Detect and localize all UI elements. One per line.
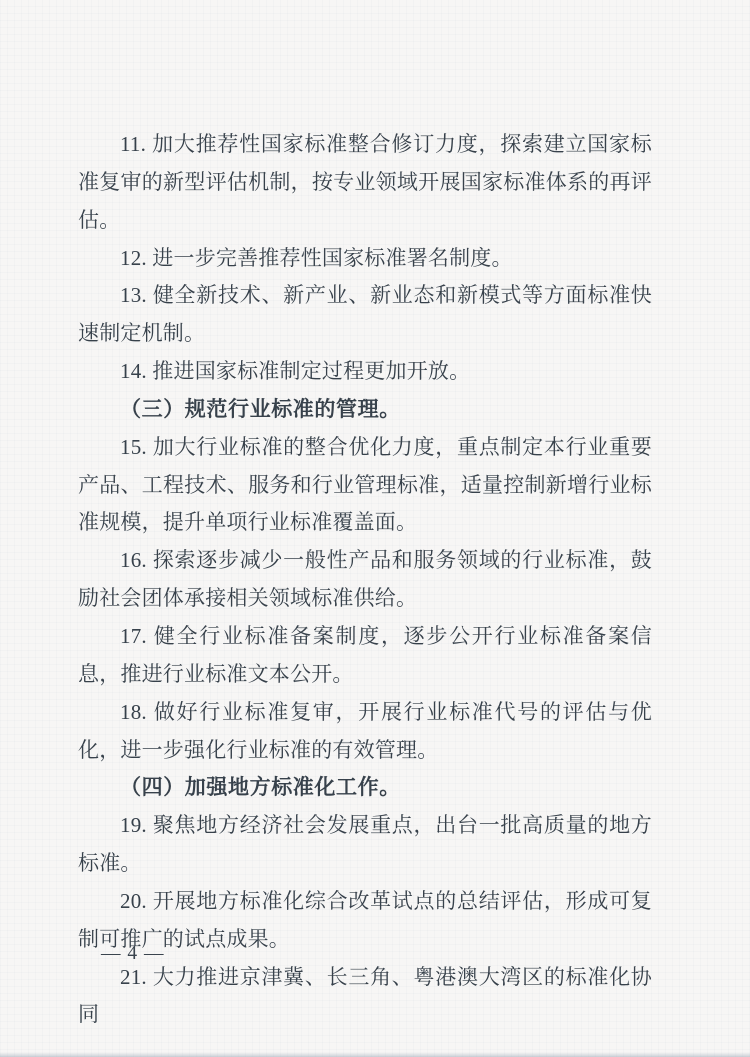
document-body: 11. 加大推荐性国家标准整合修订力度，探索建立国家标准复审的新型评估机制，按专… bbox=[78, 126, 652, 1034]
paragraph-item-17: 17. 健全行业标准备案制度，逐步公开行业标准备案信息，推进行业标准文本公开。 bbox=[78, 618, 652, 694]
paragraph-item-15: 15. 加大行业标准的整合优化力度，重点制定本行业重要产品、工程技术、服务和行业… bbox=[78, 429, 652, 543]
paragraph-item-11: 11. 加大推荐性国家标准整合修订力度，探索建立国家标准复审的新型评估机制，按专… bbox=[78, 126, 652, 240]
paragraph-item-13: 13. 健全新技术、新产业、新业态和新模式等方面标准快速制定机制。 bbox=[78, 277, 652, 353]
paragraph-item-12: 12. 进一步完善推荐性国家标准署名制度。 bbox=[78, 240, 652, 278]
paragraph-item-18: 18. 做好行业标准复审，开展行业标准代号的评估与优化，进一步强化行业标准的有效… bbox=[78, 694, 652, 770]
paragraph-item-16: 16. 探索逐步减少一般性产品和服务领域的行业标准，鼓励社会团体承接相关领域标准… bbox=[78, 542, 652, 618]
scanned-document-page: 11. 加大推荐性国家标准整合修订力度，探索建立国家标准复审的新型评估机制，按专… bbox=[0, 0, 750, 1057]
section-heading-4: （四）加强地方标准化工作。 bbox=[78, 769, 652, 807]
paragraph-item-21: 21. 大力推进京津冀、长三角、粤港澳大湾区的标准化协同 bbox=[78, 959, 652, 1035]
paragraph-item-14: 14. 推进国家标准制定过程更加开放。 bbox=[78, 353, 652, 391]
scan-bottom-edge bbox=[0, 1052, 750, 1057]
paragraph-item-19: 19. 聚焦地方经济社会发展重点，出台一批高质量的地方标准。 bbox=[78, 807, 652, 883]
page-number: — 4 — bbox=[101, 943, 165, 965]
section-heading-3: （三）规范行业标准的管理。 bbox=[78, 391, 652, 429]
